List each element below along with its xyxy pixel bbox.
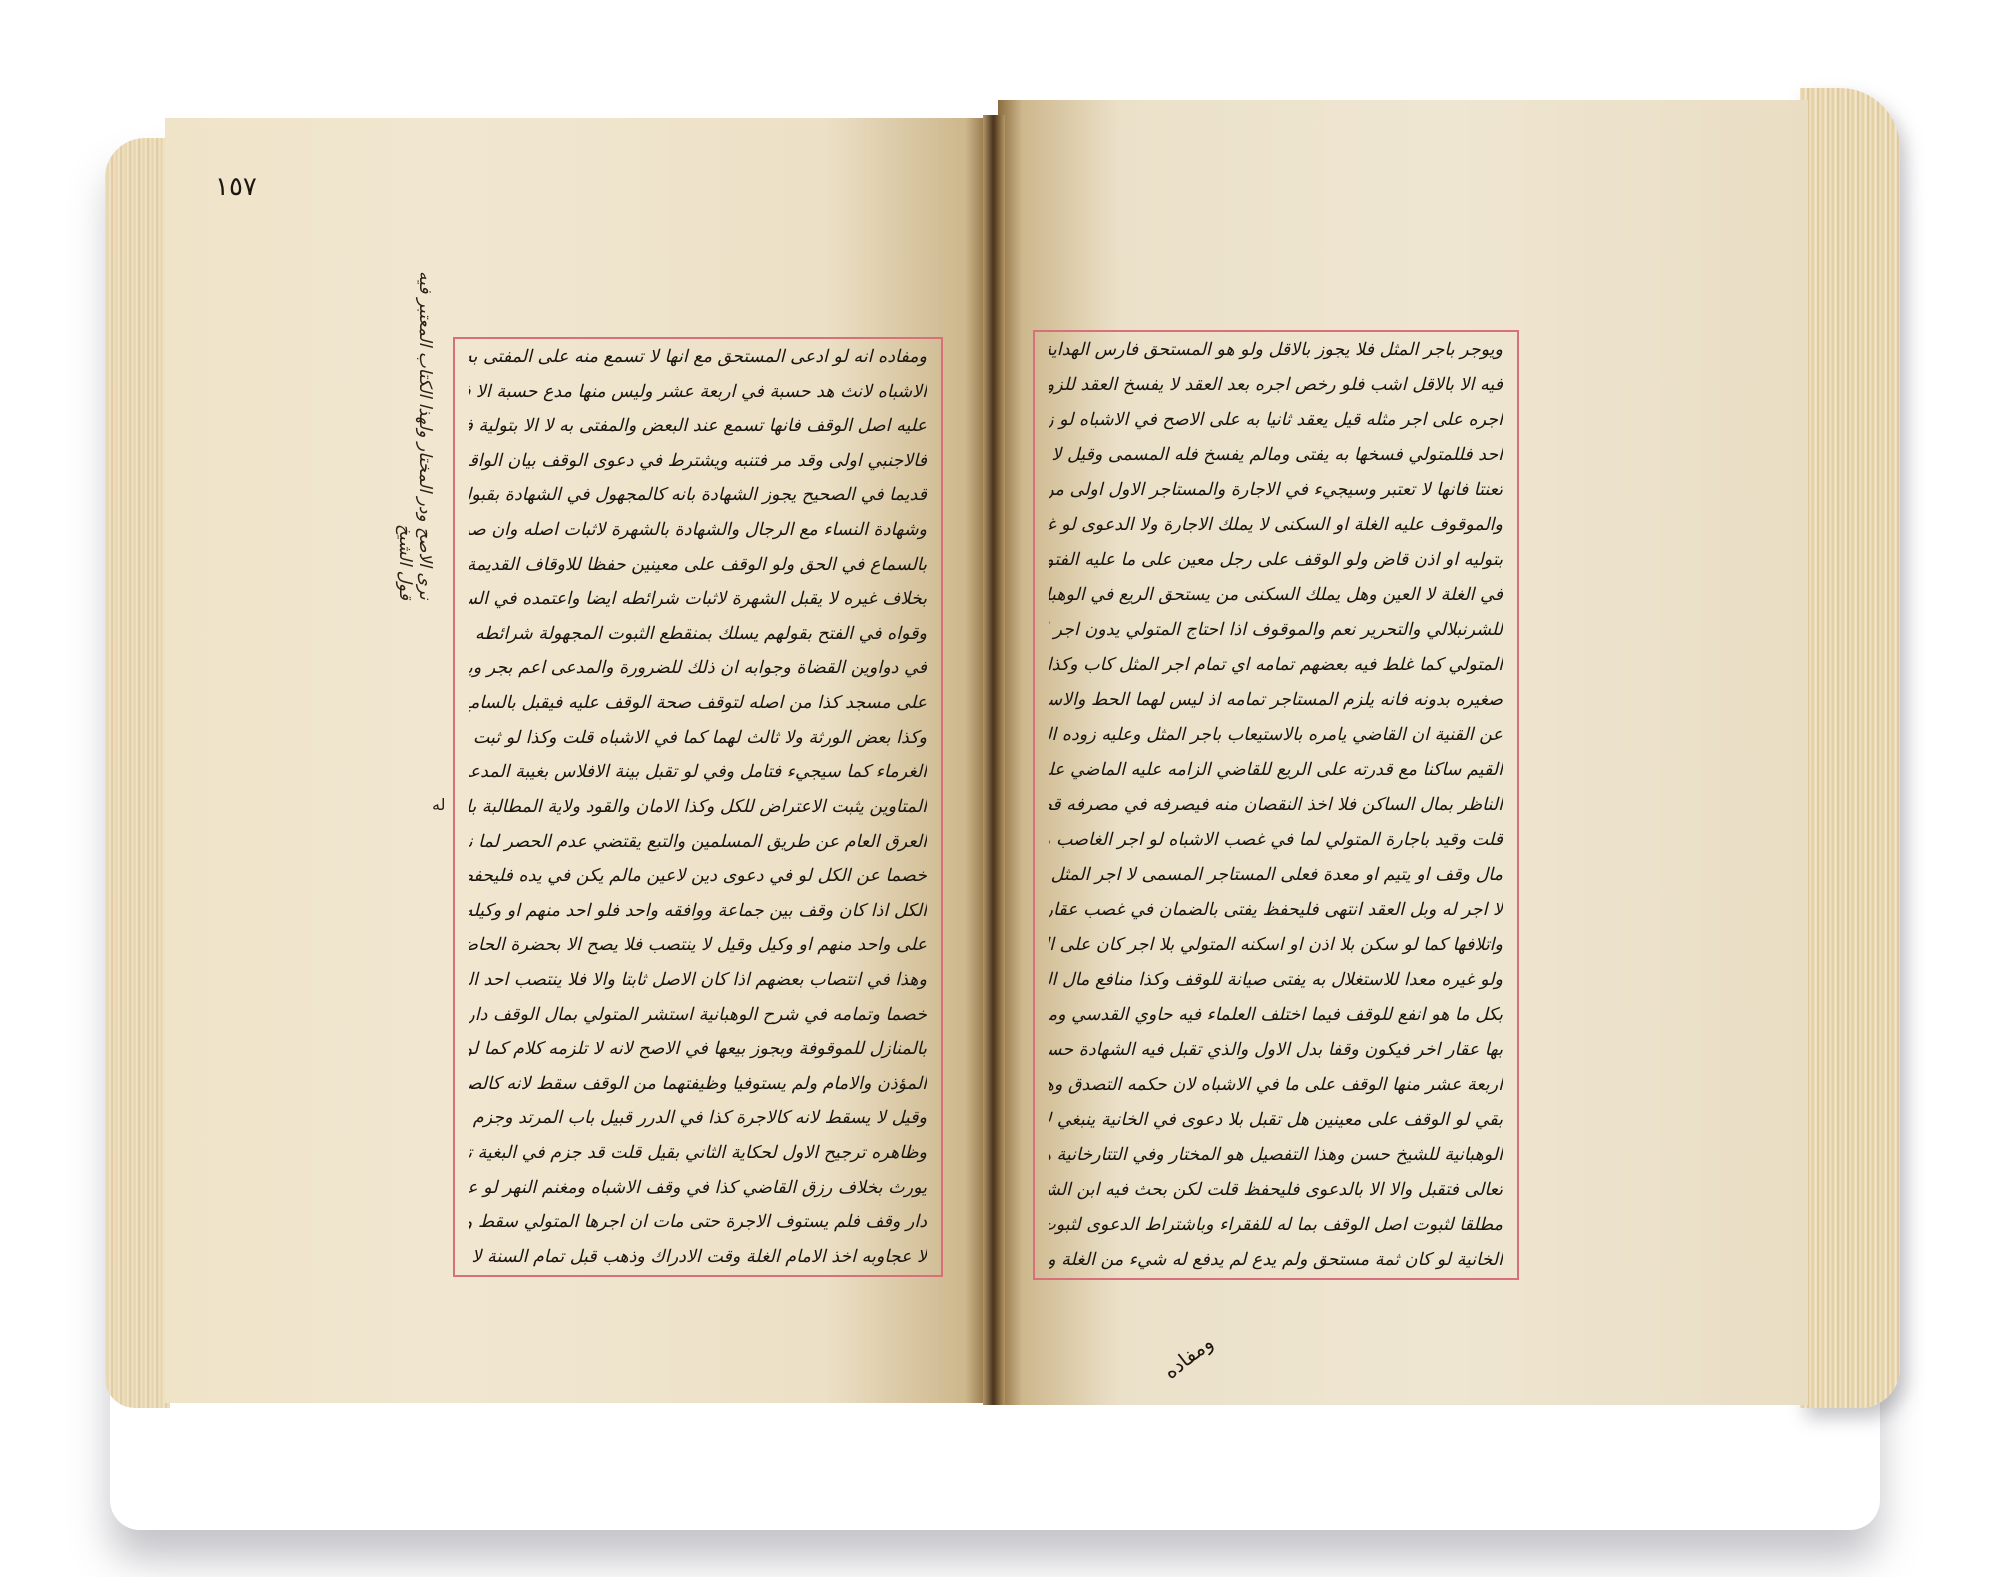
text-line: والموقوف عليه الغلة او السكنى لا يملك ال… — [1049, 511, 1503, 539]
text-line: المتولي كما غلط فيه بعضهم تمامه اي تمام … — [1049, 651, 1503, 679]
text-line: وقواه في الفتح بقولهم يسلك بمنقطع الثبوت… — [469, 620, 927, 648]
text-line: وهذا في انتصاب بعضهم اذا كان الاصل ثابتا… — [469, 966, 927, 994]
text-line: الخانية لو كان ثمة مستحق ولم يدع لم يدفع… — [1049, 1246, 1503, 1274]
book-gutter — [983, 115, 1005, 1405]
left-text-block: ومفاده انه لو ادعى المستحق مع انها لا تس… — [453, 337, 943, 1277]
text-line: اربعة عشر منها الوقف على ما في الاشباه ل… — [1049, 1071, 1503, 1099]
text-line: بخلاف غيره لا يقبل الشهرة لاثبات شرائطه … — [469, 585, 927, 613]
text-line: الغرماء كما سيجيء فتامل وفي لو تقبل بينة… — [469, 758, 927, 786]
text-line: القيم ساكنا مع قدرته على الريع للقاضي ال… — [1049, 756, 1503, 784]
text-line: قديما في الصحيح يجوز الشهادة بانه كالمجه… — [469, 481, 927, 509]
text-line: في الغلة لا العين وهل يملك السكنى من يست… — [1049, 581, 1503, 609]
text-line: لا اجر له وبل العقد انتهى فليحفظ يفتى با… — [1049, 896, 1503, 924]
text-line: الناظر بمال الساكن فلا اخذ النقصان منه ف… — [1049, 791, 1503, 819]
text-line: بالمنازل للموقوفة وبجوز بيعها في الاصح ل… — [469, 1035, 927, 1063]
text-line: احد فللمتولي فسخها به يفتى ومالم يفسخ فل… — [1049, 441, 1503, 469]
text-line: بقي لو الوقف على معينين هل تقبل بلا دعوى… — [1049, 1106, 1503, 1134]
text-line: بتوليه او اذن قاض ولو الوقف على رجل معين… — [1049, 546, 1503, 574]
text-line: على واحد منهم او وكيل وقيل لا ينتصب فلا … — [469, 931, 927, 959]
text-line: الوهبانية للشيخ حسن وهذا التفصيل هو المخ… — [1049, 1141, 1503, 1169]
text-line: فالاجنبي اولى وقد مر فتنبه ويشترط في دعو… — [469, 447, 927, 475]
text-line: فيه الا بالاقل اشب فلو رخص اجره بعد العق… — [1049, 371, 1503, 399]
text-line: عليه اصل الوقف فانها تسمع عند البعض والم… — [469, 412, 927, 440]
margin-mark: له — [432, 795, 445, 814]
left-text-lines: ومفاده انه لو ادعى المستحق مع انها لا تس… — [469, 343, 927, 1271]
right-text-lines: ويوجر باجر المثل فلا يجوز بالاقل ولو هو … — [1049, 336, 1503, 1274]
right-page-stack-edges — [1800, 88, 1900, 1408]
text-line: وظاهره ترجيح الاول لحكاية الثاني بقيل قل… — [469, 1139, 927, 1167]
text-line: صغيره بدونه فانه يلزم المستاجر تمامه اذ … — [1049, 686, 1503, 714]
text-line: وشهادة النساء مع الرجال والشهادة بالشهرة… — [469, 516, 927, 544]
text-line: العرق العام عن طريق المسلمين والتبع يقتض… — [469, 828, 927, 856]
text-line: للشرنبلالي والتحرير نعم والموقوف اذا احت… — [1049, 616, 1503, 644]
text-line: دار وقف فلم يستوف الاجرة حتى مات ان اجره… — [469, 1208, 927, 1236]
text-line: ومفاده انه لو ادعى المستحق مع انها لا تس… — [469, 343, 927, 371]
text-line: خصما عن الكل لو في دعوى دين لاعين مالم ي… — [469, 862, 927, 890]
text-line: لا عجاوبه اخذ الامام الغلة وقت الادراك و… — [469, 1243, 927, 1271]
text-line: عن القنية ان القاضي يامره بالاستيعاب باج… — [1049, 721, 1503, 749]
text-line: المؤذن والامام ولم يستوفيا وظيفتهما من ا… — [469, 1070, 927, 1098]
text-line: على مسجد كذا من اصله لتوقف صحة الوقف علي… — [469, 689, 927, 717]
marginal-note: نرى الاصح ودر المختار ولهذا الكتاب المعت… — [385, 240, 435, 600]
text-line: يورث بخلاف رزق القاضي كذا في وقف الاشباه… — [469, 1174, 927, 1202]
folio-number: ١٥٧ — [215, 172, 257, 202]
text-line: الاشباه لانث هد حسبة في اربعة عشر وليس م… — [469, 378, 927, 406]
left-page-stack-edges — [105, 138, 170, 1408]
text-line: المتاوين يثبت الاعتراض للكل وكذا الامان … — [469, 793, 927, 821]
text-line: في دواوين القضاة وجوابه ان ذلك للضرورة و… — [469, 654, 927, 682]
text-line: تعالى فتقبل والا الا بالدعوى فليحفظ قلت … — [1049, 1176, 1503, 1204]
text-line: بالسماع في الحق ولو الوقف على معينين حفظ… — [469, 551, 927, 579]
text-line: ولو غيره معدا للاستغلال به يفتى صيانة لل… — [1049, 966, 1503, 994]
text-line: تعنتا فانها لا تعتبر وسيجيء في الاجارة و… — [1049, 476, 1503, 504]
text-line: مال وقف او يتيم او معدة فعلى المستاجر ال… — [1049, 861, 1503, 889]
text-line: وقيل لا يسقط لانه كالاجرة كذا في الدرر ق… — [469, 1104, 927, 1132]
text-line: خصما وتمامه في شرح الوهبانية استشر المتو… — [469, 1001, 927, 1029]
text-line: الكل اذا كان وقف بين جماعة ووافقه واحد ف… — [469, 897, 927, 925]
text-line: واتلافها كما لو سكن بلا اذن او اسكنه الم… — [1049, 931, 1503, 959]
text-line: بكل ما هو انفع للوقف فيما اختلف العلماء … — [1049, 1001, 1503, 1029]
right-text-block: ويوجر باجر المثل فلا يجوز بالاقل ولو هو … — [1033, 330, 1519, 1280]
text-line: اجره على اجر مثله قيل يعقد ثانيا به على … — [1049, 406, 1503, 434]
text-line: قلت وقيد باجارة المتولي لما في غصب الاشب… — [1049, 826, 1503, 854]
text-line: بها عقار اخر فيكون وقفا بدل الاول والذي … — [1049, 1036, 1503, 1064]
text-line: ويوجر باجر المثل فلا يجوز بالاقل ولو هو … — [1049, 336, 1503, 364]
text-line: وكذا بعض الورثة ولا ثالث لهما كما في الا… — [469, 724, 927, 752]
text-line: مطلقا لثبوت اصل الوقف بما له للفقراء وبا… — [1049, 1211, 1503, 1239]
